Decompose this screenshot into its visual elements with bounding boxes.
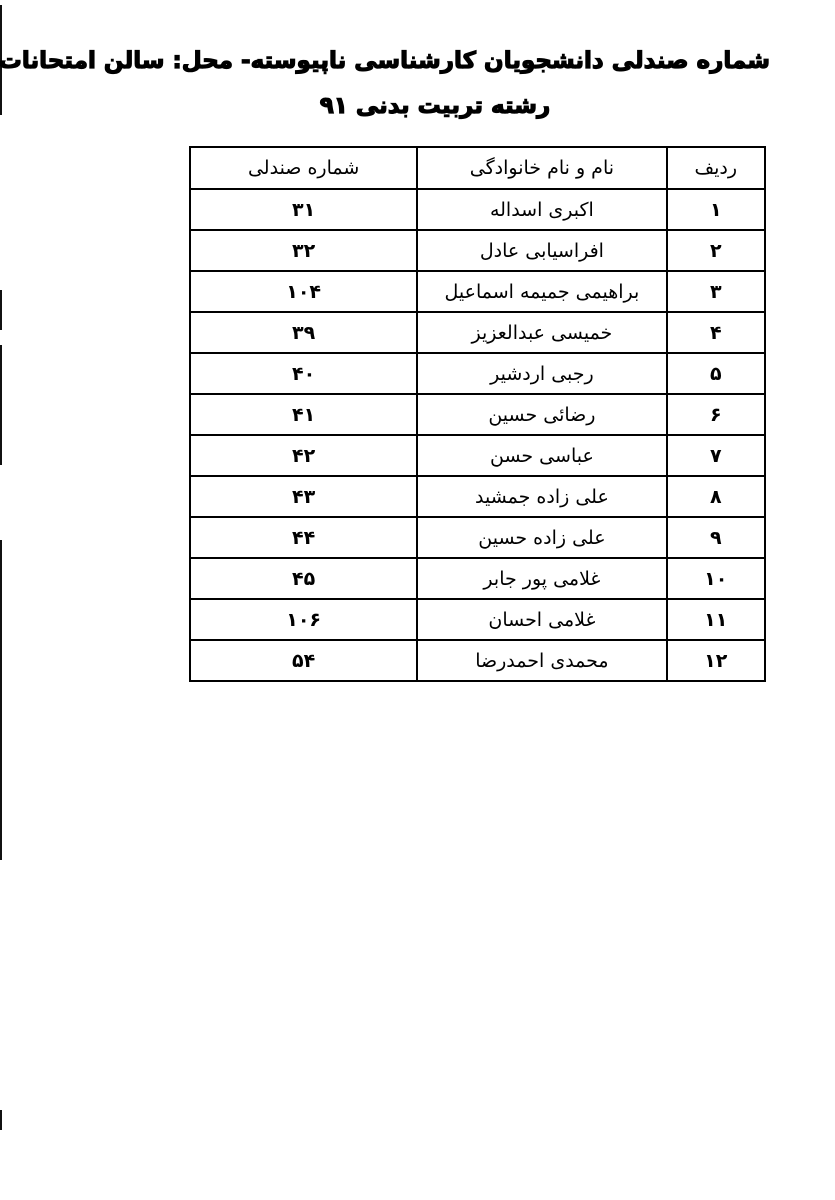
- table-row: ۸ علی زاده جمشید ۴۳: [190, 476, 765, 517]
- table-row: ۶ رضائی حسین ۴۱: [190, 394, 765, 435]
- seat-number: ۳۱: [190, 189, 417, 230]
- table-row: ۵ رجبی اردشیر ۴۰: [190, 353, 765, 394]
- student-name: براهیمی جمیمه اسماعیل: [417, 271, 666, 312]
- row-index: ۲: [667, 230, 765, 271]
- table-row: ۴ خمیسی عبدالعزیز ۳۹: [190, 312, 765, 353]
- seat-number: ۱۰۶: [190, 599, 417, 640]
- table-row: ۱۱ غلامی احسان ۱۰۶: [190, 599, 765, 640]
- student-name: علی زاده حسین: [417, 517, 666, 558]
- table-row: ۳ براهیمی جمیمه اسماعیل ۱۰۴: [190, 271, 765, 312]
- table-row: ۷ عباسی حسن ۴۲: [190, 435, 765, 476]
- scan-edge-mark: [0, 540, 2, 860]
- row-index: ۱۱: [667, 599, 765, 640]
- student-name: غلامی احسان: [417, 599, 666, 640]
- table-row: ۱ اکبری اسداله ۳۱: [190, 189, 765, 230]
- header-index: ردیف: [667, 147, 765, 189]
- row-index: ۶: [667, 394, 765, 435]
- row-index: ۵: [667, 353, 765, 394]
- document-title-line-2: رشته تربیت بدنی ۹۱: [140, 95, 730, 118]
- row-index: ۸: [667, 476, 765, 517]
- row-index: ۱۰: [667, 558, 765, 599]
- student-name: خمیسی عبدالعزیز: [417, 312, 666, 353]
- seat-number: ۴۱: [190, 394, 417, 435]
- seat-number: ۴۲: [190, 435, 417, 476]
- student-name: غلامی پور جابر: [417, 558, 666, 599]
- row-index: ۹: [667, 517, 765, 558]
- scan-edge-mark: [0, 345, 2, 465]
- seat-number: ۳۲: [190, 230, 417, 271]
- student-name: رضائی حسین: [417, 394, 666, 435]
- student-name: عباسی حسن: [417, 435, 666, 476]
- row-index: ۱: [667, 189, 765, 230]
- seat-number: ۱۰۴: [190, 271, 417, 312]
- row-index: ۳: [667, 271, 765, 312]
- table-row: ۱۲ محمدی احمدرضا ۵۴: [190, 640, 765, 681]
- student-name: محمدی احمدرضا: [417, 640, 666, 681]
- seat-number: ۴۵: [190, 558, 417, 599]
- row-index: ۱۲: [667, 640, 765, 681]
- table-row: ۲ افراسیابی عادل ۳۲: [190, 230, 765, 271]
- seat-number: ۳۹: [190, 312, 417, 353]
- table-header-row: ردیف نام و نام خانوادگی شماره صندلی: [190, 147, 765, 189]
- student-name: اکبری اسداله: [417, 189, 666, 230]
- scan-edge-mark: [0, 290, 2, 330]
- table-row: ۹ علی زاده حسین ۴۴: [190, 517, 765, 558]
- seat-number: ۵۴: [190, 640, 417, 681]
- document-title-line-1: شماره صندلی دانشجویان کارشناسی ناپیوسته-…: [90, 50, 770, 73]
- seat-number: ۴۳: [190, 476, 417, 517]
- student-name: افراسیابی عادل: [417, 230, 666, 271]
- header-seat: شماره صندلی: [190, 147, 417, 189]
- row-index: ۴: [667, 312, 765, 353]
- seat-number: ۴۰: [190, 353, 417, 394]
- row-index: ۷: [667, 435, 765, 476]
- scan-edge-mark: [0, 1110, 2, 1130]
- seat-number: ۴۴: [190, 517, 417, 558]
- student-name: رجبی اردشیر: [417, 353, 666, 394]
- table-row: ۱۰ غلامی پور جابر ۴۵: [190, 558, 765, 599]
- header-name: نام و نام خانوادگی: [417, 147, 666, 189]
- student-name: علی زاده جمشید: [417, 476, 666, 517]
- seat-assignment-table: ردیف نام و نام خانوادگی شماره صندلی ۱ اک…: [189, 146, 766, 682]
